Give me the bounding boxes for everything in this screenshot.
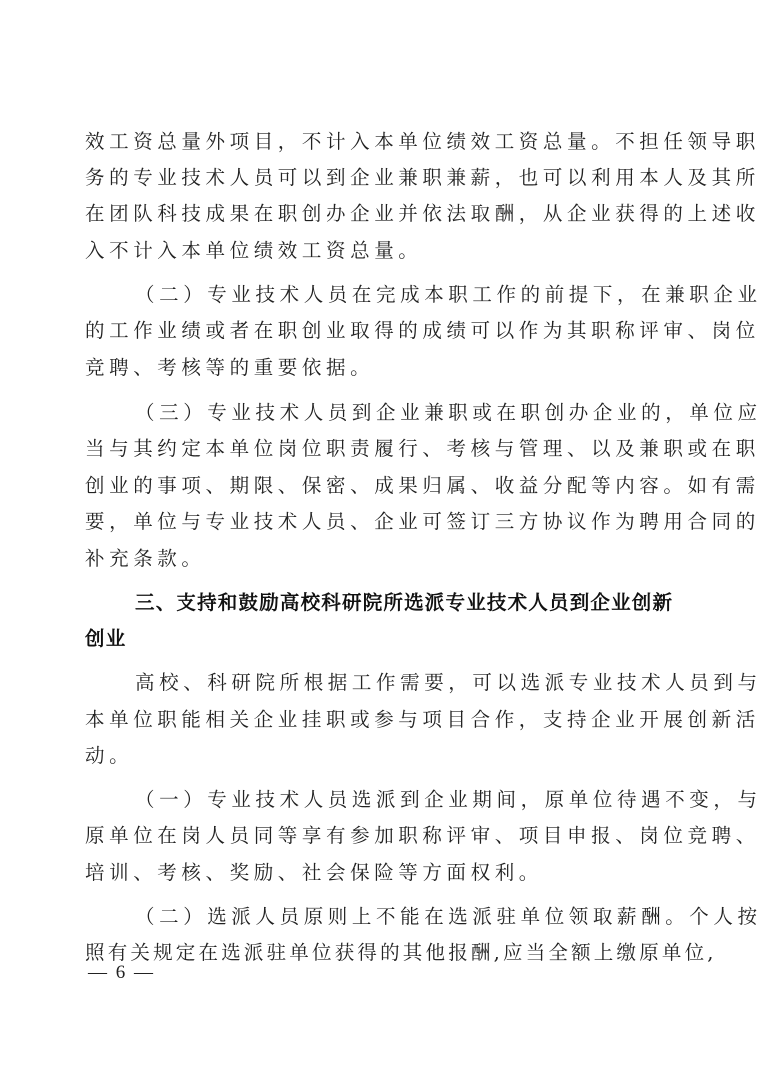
body-line: 创业的事项、期限、保密、成果归属、收益分配等内容。如有需 bbox=[85, 468, 665, 504]
paragraph-start-line: （二）选派人员原则上不能在选派驻单位领取薪酬。个人按 bbox=[135, 899, 665, 935]
body-line: 本单位职能相关企业挂职或参与项目合作，支持企业开展创新活 bbox=[85, 702, 665, 738]
section-heading-continued: 创业 bbox=[85, 621, 665, 657]
body-line: 原单位在岗人员同等享有参加职称评审、项目申报、岗位竞聘、 bbox=[85, 818, 665, 854]
page-number: — 6 — bbox=[88, 961, 155, 985]
body-line: 要，单位与专业技术人员、企业可签订三方协议作为聘用合同的 bbox=[85, 504, 665, 540]
body-line: 务的专业技术人员可以到企业兼职兼薪，也可以利用本人及其所 bbox=[85, 160, 665, 196]
body-line: 的工作业绩或者在职创业取得的成绩可以作为其职称评审、岗位 bbox=[85, 313, 665, 349]
body-line: 当与其约定本单位岗位职责履行、考核与管理、以及兼职或在职 bbox=[85, 431, 665, 467]
body-line: 动。 bbox=[85, 738, 665, 774]
document-page: 效工资总量外项目，不计入本单位绩效工资总量。不担任领导职 务的专业技术人员可以到… bbox=[0, 0, 764, 1078]
paragraph-start-line: 高校、科研院所根据工作需要，可以选派专业技术人员到与 bbox=[135, 665, 665, 701]
body-line: 培训、考核、奖励、社会保险等方面权利。 bbox=[85, 855, 665, 891]
paragraph-start-line: （一）专业技术人员选派到企业期间，原单位待遇不变，与 bbox=[135, 782, 665, 818]
paragraph-start-line: （二）专业技术人员在完成本职工作的前提下，在兼职企业 bbox=[135, 277, 665, 313]
body-line: 在团队科技成果在职创办企业并依法取酬，从企业获得的上述收 bbox=[85, 196, 665, 232]
paragraph-start-line: （三）专业技术人员到企业兼职或在职创办企业的，单位应 bbox=[135, 395, 665, 431]
body-line: 竞聘、考核等的重要依据。 bbox=[85, 350, 665, 386]
body-line: 入不计入本单位绩效工资总量。 bbox=[85, 233, 665, 269]
section-heading: 三、支持和鼓励高校科研院所选派专业技术人员到企业创新 bbox=[135, 585, 665, 621]
body-line: 照有关规定在选派驻单位获得的其他报酬,应当全额上缴原单位, bbox=[85, 935, 665, 971]
body-line: 补充条款。 bbox=[85, 541, 665, 577]
body-line: 效工资总量外项目，不计入本单位绩效工资总量。不担任领导职 bbox=[85, 124, 665, 160]
